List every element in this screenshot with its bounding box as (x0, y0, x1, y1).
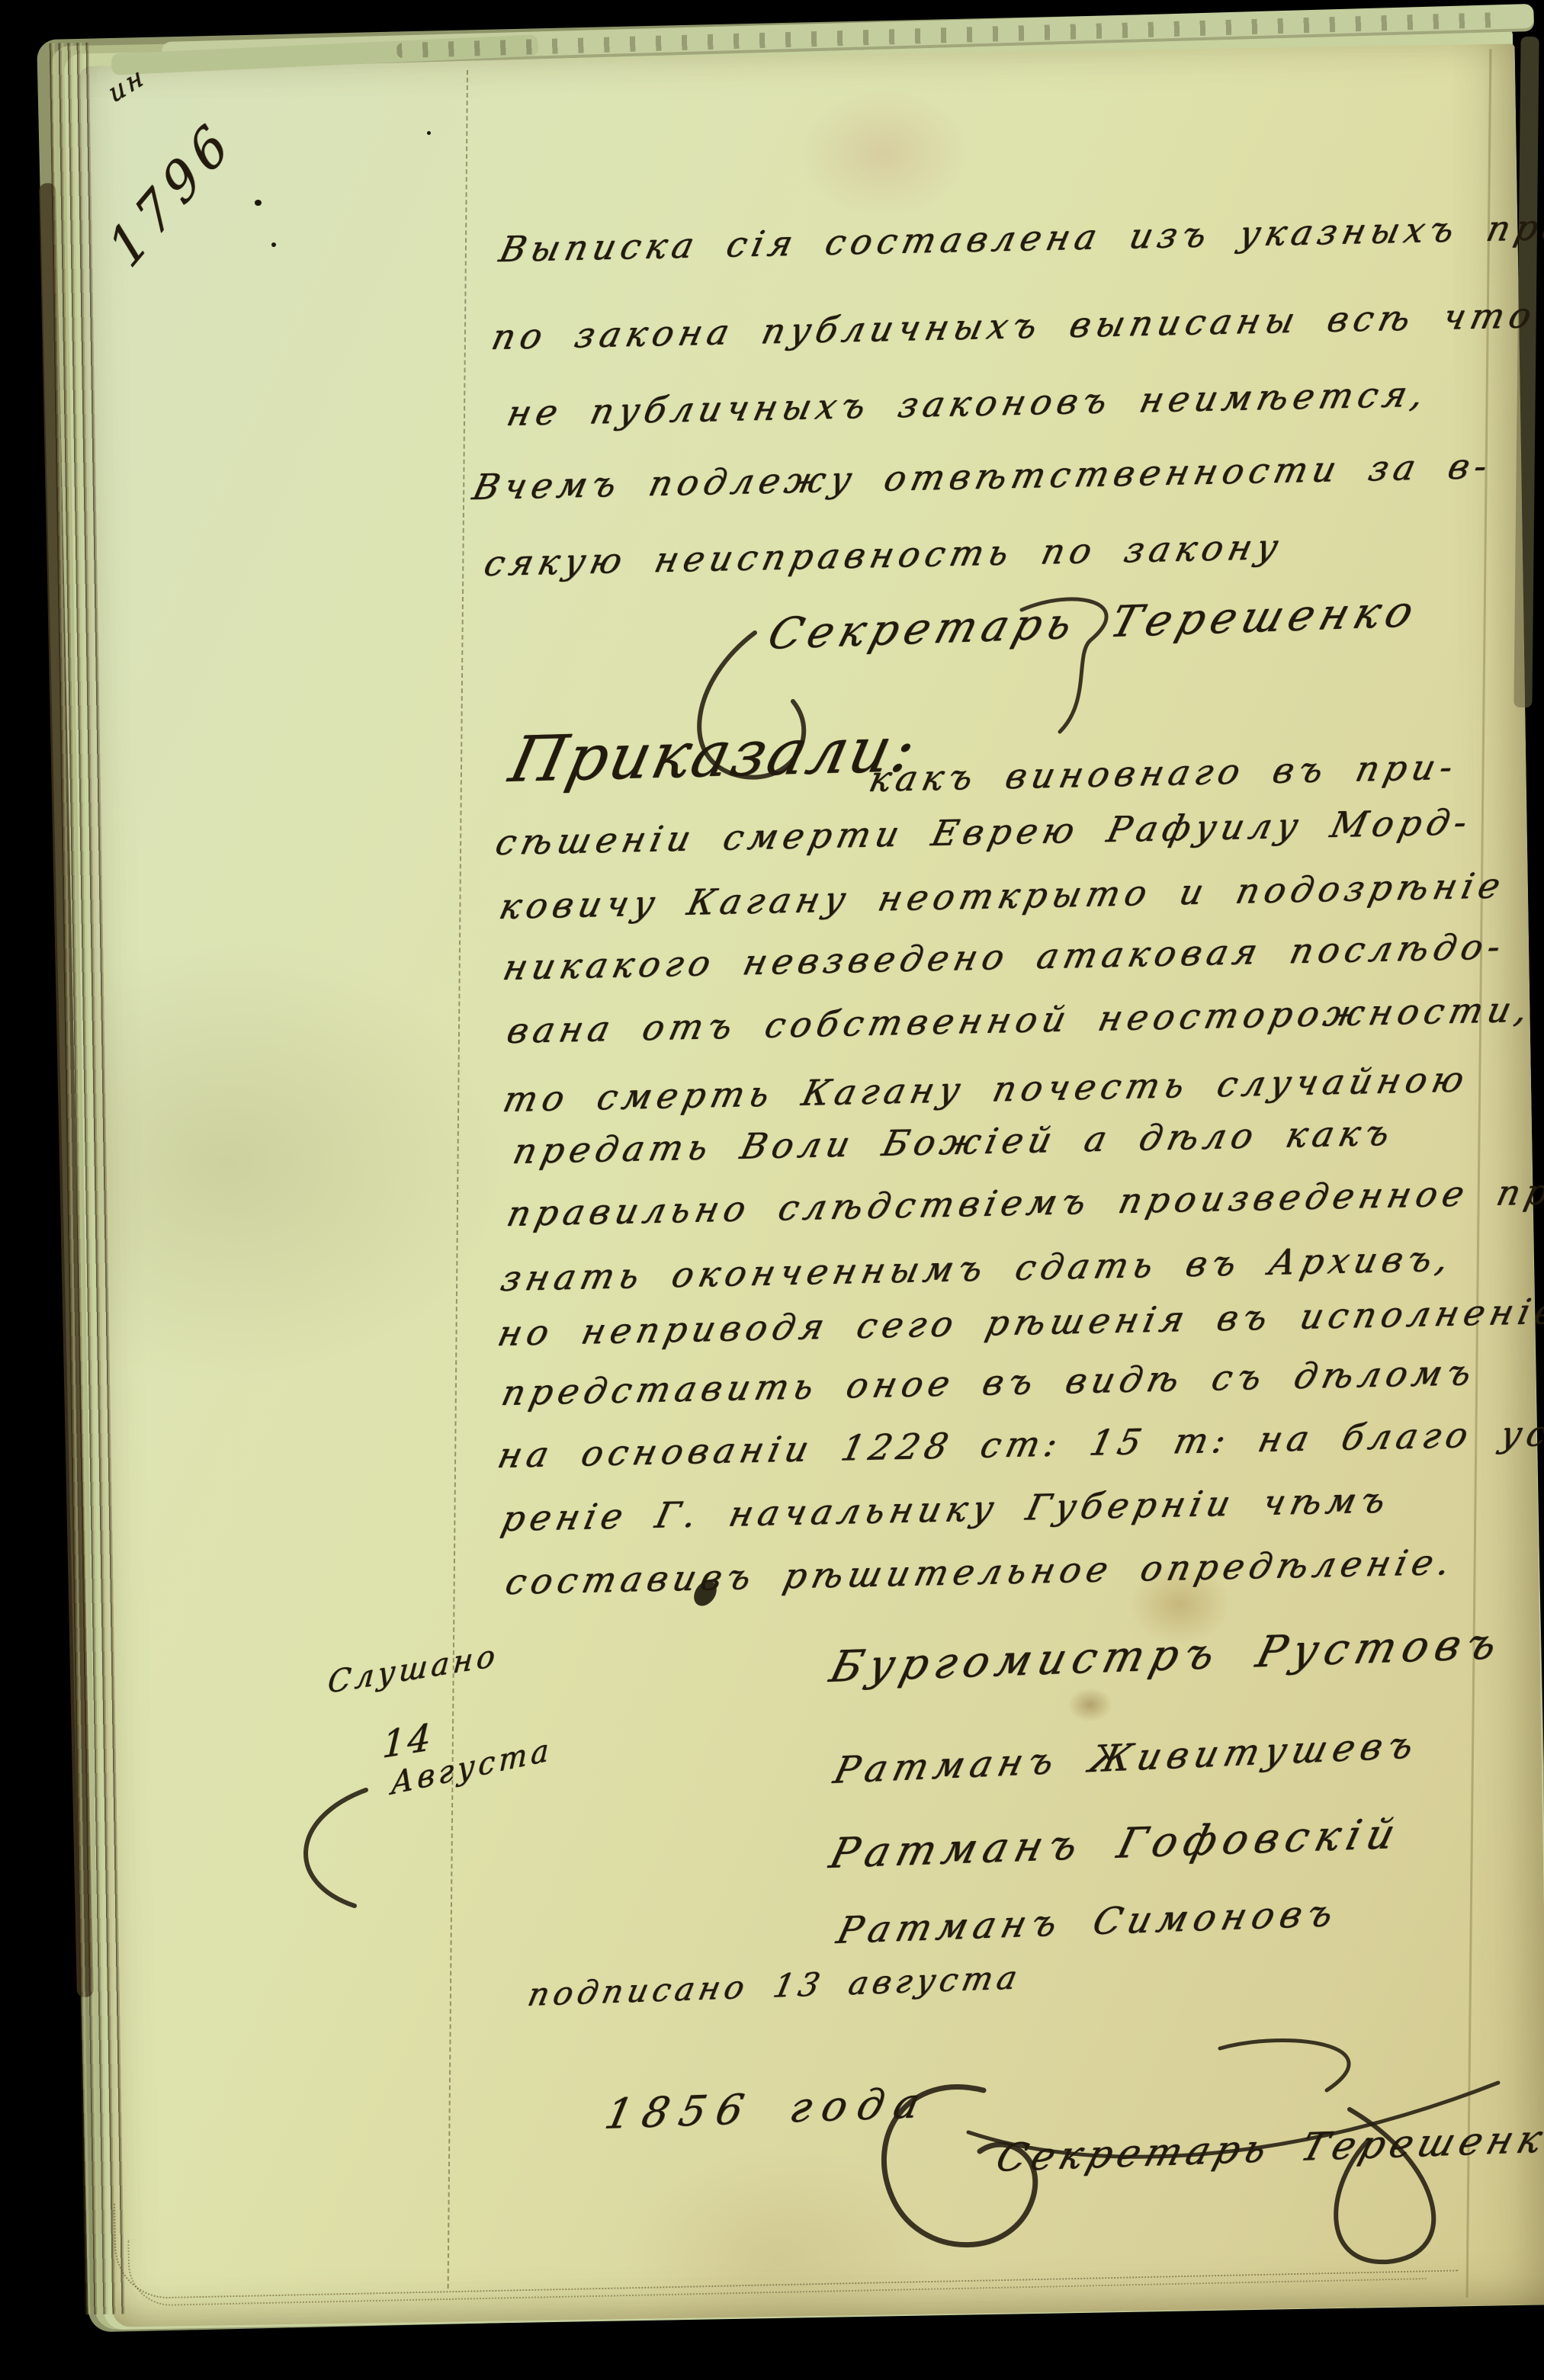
signature-ratman-2: Ратманъ Гофовскій (825, 1809, 1407, 1878)
ink-speck (427, 131, 431, 135)
certification-line: сякую неисправность по закону (480, 526, 1287, 584)
certification-line: Вчемъ подлежу отвѣтственности за в- (469, 445, 1497, 508)
ink-speck (255, 200, 262, 206)
certification-line: по закона публичныхъ выписаны всѣ что (488, 294, 1541, 358)
resolution-line: сѣшеніи смерти Еврею Рафуилу Морд- (492, 801, 1476, 863)
resolution-line: представить оное въ видѣ съ дѣломъ (498, 1352, 1481, 1413)
resolution-keyword: Приказали: (503, 714, 924, 797)
certification-line: Выписка сія составлена изъ указныхъ прав… (496, 204, 1544, 270)
handwritten-text-layer: ин 1796 Выписка сія составлена изъ указн… (0, 0, 1544, 2380)
margin-note-flourish (267, 1776, 396, 1921)
signature-ratman-3: Ратманъ Симоновъ (833, 1892, 1343, 1952)
resolution-line: вана отъ собственной неосторожности, (503, 989, 1537, 1051)
certification-line: не публичныхъ законовъ неимѣется, (503, 373, 1433, 434)
margin-note-line: Слушано (326, 1637, 500, 1701)
resolution-line: знать оконченнымъ сдать въ Архивъ, (497, 1238, 1458, 1299)
resolution-line: правильно слѣдствіемъ произведенное при- (503, 1170, 1544, 1234)
folio-mark: ин (104, 60, 150, 110)
signature-burgomistr: Бургомистръ Рустовъ (825, 1619, 1509, 1692)
resolution-line: на основаніи 1228 ст: 15 т: на благо усм… (494, 1410, 1544, 1476)
resolution-line: предать Воли Божіей а дѣло какъ (509, 1112, 1399, 1172)
resolution-line: реніе Г. начальнику Губерніи чѣмъ (498, 1479, 1395, 1539)
resolution-line: никакого невзведено атаковая послѣдо- (499, 925, 1510, 988)
signature-ratman-1: Ратманъ Живитушевъ (830, 1724, 1424, 1792)
dateline-signed: подписано 13 августа (525, 1958, 1025, 2013)
resolution-line: ковичу Кагану неоткрыто и подозрѣніе (496, 864, 1510, 927)
resolution-line: то смерть Кагану почесть случайною (499, 1058, 1473, 1120)
resolution-line: но неприводя сего рѣшенія въ исполненіе (494, 1291, 1544, 1354)
folio-number: 1796 (98, 107, 246, 280)
resolution-line: составивъ рѣшительное опредѣленіе. (502, 1541, 1459, 1602)
ink-speck (271, 242, 276, 247)
